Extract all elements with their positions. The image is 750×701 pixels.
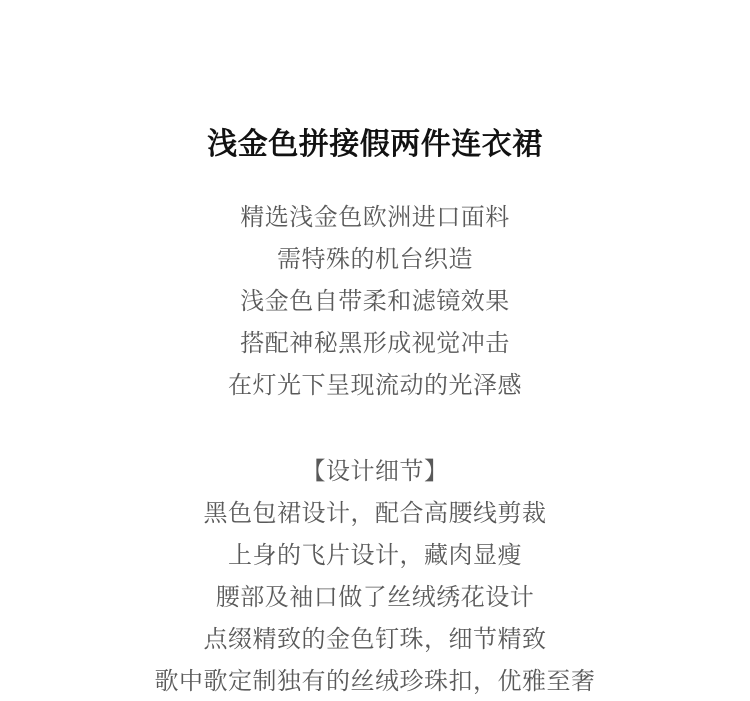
fabric-intro-section: 精选浅金色欧洲进口面料 需特殊的机台织造 浅金色自带柔和滤镜效果 搭配神秘黑形成…	[0, 197, 750, 407]
intro-line: 需特殊的机台织造	[0, 239, 750, 281]
intro-line: 浅金色自带柔和滤镜效果	[0, 281, 750, 323]
detail-line: 腰部及袖口做了丝绒绣花设计	[0, 577, 750, 619]
design-details-header: 【设计细节】	[0, 451, 750, 493]
intro-line: 在灯光下呈现流动的光泽感	[0, 365, 750, 407]
detail-line: 点缀精致的金色钉珠，细节精致	[0, 619, 750, 661]
intro-line: 搭配神秘黑形成视觉冲击	[0, 323, 750, 365]
intro-line: 精选浅金色欧洲进口面料	[0, 197, 750, 239]
detail-line: 黑色包裙设计，配合高腰线剪裁	[0, 493, 750, 535]
detail-line: 歌中歌定制独有的丝绒珍珠扣，优雅至奢	[0, 661, 750, 701]
design-details-section: 【设计细节】 黑色包裙设计，配合高腰线剪裁 上身的飞片设计，藏肉显瘦 腰部及袖口…	[0, 451, 750, 701]
detail-line: 上身的飞片设计，藏肉显瘦	[0, 535, 750, 577]
product-description-page: 浅金色拼接假两件连衣裙 精选浅金色欧洲进口面料 需特殊的机台织造 浅金色自带柔和…	[0, 0, 750, 701]
product-title: 浅金色拼接假两件连衣裙	[0, 128, 750, 162]
